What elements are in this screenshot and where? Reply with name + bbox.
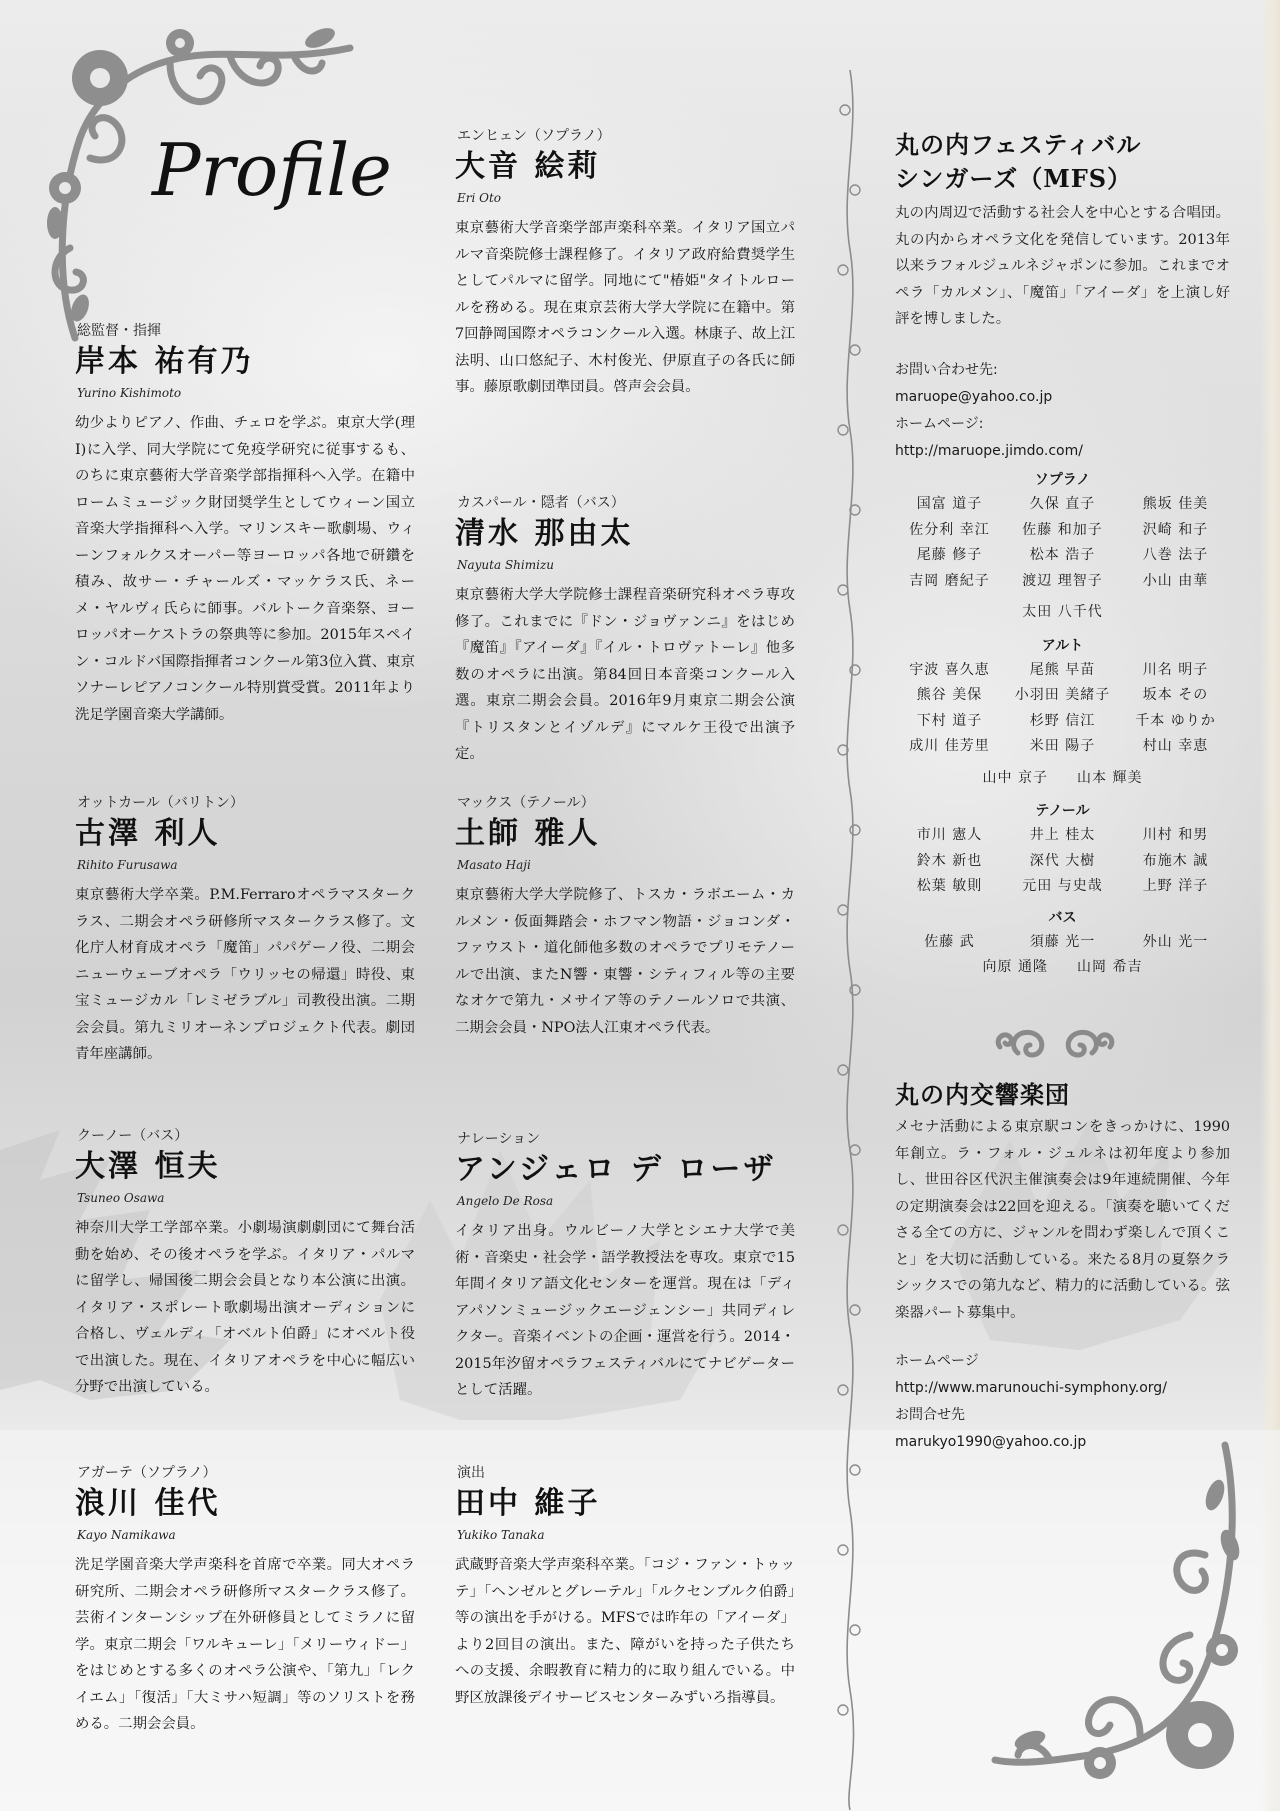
member-name: 向原 通隆 <box>983 955 1048 981</box>
part-alto: アルト 宇波 喜久恵 尾熊 早苗 川名 明子 熊谷 美保 小羽田 美緒子 坂本 … <box>895 634 1230 792</box>
mfs-description: 丸の内周辺で活動する社会人を中心とする合唱団。丸の内からオペラ文化を発信していま… <box>895 200 1230 333</box>
member-name: 太田 八千代 <box>1022 600 1102 626</box>
member-name: 佐藤 武 <box>895 930 1004 956</box>
performer-bio: 東京藝術大学大学院修士課程音楽研究科オペラ専攻修了。これまでに『ドン・ジョヴァン… <box>455 582 795 768</box>
mfs-contact-label: お問い合わせ先: <box>895 357 1230 384</box>
member-name: 国富 道子 <box>895 492 1004 518</box>
part-soprano: ソプラノ 国富 道子 久保 直子 熊坂 佳美 佐分利 幸江 佐藤 和加子 沢崎 … <box>895 468 1230 626</box>
performer-bio: 東京藝術大学音楽学部声楽科卒業。イタリア国立パルマ音楽院修士課程修了。イタリア政… <box>455 215 795 401</box>
mfs-title-line1: 丸の内フェスティバル <box>895 128 1230 162</box>
performer-romaji: Masato Haji <box>457 858 795 872</box>
orchestra-url-link[interactable]: http://www.marunouchi-symphony.org/ <box>895 1375 1230 1402</box>
member-name: 吉岡 磨紀子 <box>895 569 1004 595</box>
profile-namikawa: アガーテ（ソプラノ） 浪川 佳代 Kayo Namikawa 洗足学園音楽大学声… <box>75 1462 415 1738</box>
member-name: 小羽田 美緒子 <box>1008 683 1117 709</box>
profile-furusawa: オットカール（バリトン） 古澤 利人 Rihito Furusawa 東京藝術大… <box>75 792 415 1068</box>
mfs-title-line2: シンガーズ（MFS） <box>895 162 1230 196</box>
role-label: クーノー（バス） <box>77 1125 415 1145</box>
profile-de-rosa: ナレーション アンジェロ デ ローザ Angelo De Rosa イタリア出身… <box>455 1128 795 1404</box>
mfs-url-link[interactable]: http://maruope.jimdo.com/ <box>895 438 1230 465</box>
part-tenor: テノール 市川 憲人 井上 桂太 川村 和男 鈴木 新也 深代 大樹 布施木 誠… <box>895 799 1230 900</box>
performer-romaji: Angelo De Rosa <box>457 1194 795 1208</box>
role-label: オットカール（バリトン） <box>77 792 415 812</box>
vine-divider <box>835 70 865 1810</box>
role-label: 総監督・指揮 <box>77 320 415 340</box>
member-name: 川村 和男 <box>1121 823 1230 849</box>
performer-name: 田中 維子 <box>455 1486 795 1522</box>
member-name: 渡辺 理智子 <box>1008 569 1117 595</box>
profile-tanaka: 演出 田中 維子 Yukiko Tanaka 武蔵野音楽大学声楽科卒業。「コジ・… <box>455 1462 795 1711</box>
performer-romaji: Nayuta Shimizu <box>457 558 795 572</box>
member-name: 村山 幸恵 <box>1121 734 1230 760</box>
orchestra-title: 丸の内交響楽団 <box>895 1078 1230 1112</box>
member-name: 佐分利 幸江 <box>895 518 1004 544</box>
member-name: 布施木 誠 <box>1121 849 1230 875</box>
page-title: Profile <box>152 128 392 212</box>
part-title: アルト <box>895 634 1230 658</box>
floral-corner-ornament-bottom-right <box>990 1435 1260 1795</box>
member-name: 小山 由華 <box>1121 569 1230 595</box>
member-name: 熊谷 美保 <box>895 683 1004 709</box>
performer-romaji: Eri Oto <box>457 191 795 205</box>
mfs-email-link[interactable]: maruope@yahoo.co.jp <box>895 384 1230 411</box>
member-name: 千本 ゆりか <box>1121 709 1230 735</box>
role-label: エンヒェン（ソプラノ） <box>457 125 795 145</box>
member-name: 松葉 敏則 <box>895 874 1004 900</box>
performer-romaji: Rihito Furusawa <box>77 858 415 872</box>
orchestra-homepage-label: ホームページ <box>895 1348 1230 1375</box>
member-name: 宇波 喜久恵 <box>895 658 1004 684</box>
profile-osawa: クーノー（バス） 大澤 恒夫 Tsuneo Osawa 神奈川大学工学部卒業。小… <box>75 1125 415 1401</box>
member-name: 尾藤 修子 <box>895 543 1004 569</box>
role-label: ナレーション <box>457 1128 795 1148</box>
role-label: 演出 <box>457 1462 795 1482</box>
performer-bio: 武蔵野音楽大学声楽科卒業。「コジ・ファン・トゥッテ」「ヘンゼルとグレーテル」「ル… <box>455 1552 795 1711</box>
performer-bio: 東京藝術大学大学院修了、トスカ・ラボエーム・カルメン・仮面舞踏会・ホフマン物語・… <box>455 882 795 1041</box>
member-name: 山本 輝美 <box>1077 766 1142 792</box>
profile-oto: エンヒェン（ソプラノ） 大音 絵莉 Eri Oto 東京藝術大学音楽学部声楽科卒… <box>455 125 795 401</box>
page-edge <box>1260 0 1280 1811</box>
mfs-section: 丸の内フェスティバル シンガーズ（MFS） 丸の内周辺で活動する社会人を中心とす… <box>895 128 1230 465</box>
member-name: 外山 光一 <box>1121 930 1230 956</box>
performer-name: 古澤 利人 <box>75 816 415 852</box>
performer-bio: 神奈川大学工学部卒業。小劇場演劇劇団にて舞台活動を始め、その後オペラを学ぶ。イタ… <box>75 1215 415 1401</box>
part-title: バス <box>895 906 1230 930</box>
orchestra-contact-label: お問合せ先 <box>895 1402 1230 1429</box>
mfs-homepage-label: ホームページ: <box>895 411 1230 438</box>
part-title: テノール <box>895 799 1230 823</box>
performer-name: 岸本 祐有乃 <box>75 344 415 380</box>
profile-kishimoto: 総監督・指揮 岸本 祐有乃 Yurino Kishimoto 幼少よりピアノ、作… <box>75 320 415 728</box>
member-name: 松本 浩子 <box>1008 543 1117 569</box>
swirl-ornament <box>990 1025 1120 1065</box>
profile-haji: マックス（テノール） 土師 雅人 Masato Haji 東京藝術大学大学院修了… <box>455 792 795 1041</box>
performer-romaji: Yurino Kishimoto <box>77 386 415 400</box>
performer-bio: 洗足学園音楽大学声楽科を首席で卒業。同大オペラ研究所、二期会オペラ研修所マスター… <box>75 1552 415 1738</box>
member-name: 尾熊 早苗 <box>1008 658 1117 684</box>
member-name: 熊坂 佳美 <box>1121 492 1230 518</box>
performer-bio: 東京藝術大学卒業。P.M.Ferraroオペラマスタークラス、二期会オペラ研修所… <box>75 882 415 1068</box>
member-name: 井上 桂太 <box>1008 823 1117 849</box>
member-name: 沢崎 和子 <box>1121 518 1230 544</box>
part-bass: バス 佐藤 武 須藤 光一 外山 光一 向原 通隆 山岡 希吉 <box>895 906 1230 981</box>
performer-name: 浪川 佳代 <box>75 1486 415 1522</box>
member-name: 元田 与史哉 <box>1008 874 1117 900</box>
orchestra-section: 丸の内交響楽団 メセナ活動による東京駅コンをきっかけに、1990年創立。ラ・フォ… <box>895 1078 1230 1456</box>
member-name: 山岡 希吉 <box>1077 955 1142 981</box>
performer-bio: 幼少よりピアノ、作曲、チェロを学ぶ。東京大学(理I)に入学、同大学院にて免疫学研… <box>75 410 415 728</box>
member-name: 坂本 その <box>1121 683 1230 709</box>
performer-romaji: Yukiko Tanaka <box>457 1528 795 1542</box>
performer-romaji: Tsuneo Osawa <box>77 1191 415 1205</box>
performer-name: アンジェロ デ ローザ <box>455 1152 795 1188</box>
performer-romaji: Kayo Namikawa <box>77 1528 415 1542</box>
choir-member-list: ソプラノ 国富 道子 久保 直子 熊坂 佳美 佐分利 幸江 佐藤 和加子 沢崎 … <box>895 468 1230 989</box>
performer-name: 土師 雅人 <box>455 816 795 852</box>
member-name: 鈴木 新也 <box>895 849 1004 875</box>
member-name: 下村 道子 <box>895 709 1004 735</box>
performer-name: 大澤 恒夫 <box>75 1149 415 1185</box>
member-name: 米田 陽子 <box>1008 734 1117 760</box>
member-name: 佐藤 和加子 <box>1008 518 1117 544</box>
performer-name: 大音 絵莉 <box>455 149 795 185</box>
orchestra-description: メセナ活動による東京駅コンをきっかけに、1990年創立。ラ・フォル・ジュルネは初… <box>895 1114 1230 1326</box>
performer-name: 清水 那由太 <box>455 516 795 552</box>
member-name: 市川 憲人 <box>895 823 1004 849</box>
member-name: 上野 洋子 <box>1121 874 1230 900</box>
profile-shimizu: カスパール・隠者（バス） 清水 那由太 Nayuta Shimizu 東京藝術大… <box>455 492 795 768</box>
performer-bio: イタリア出身。ウルビーノ大学とシエナ大学で美術・音楽史・社会学・語学教授法を専攻… <box>455 1218 795 1404</box>
member-name: 久保 直子 <box>1008 492 1117 518</box>
member-name: 八巻 法子 <box>1121 543 1230 569</box>
member-name: 杉野 信江 <box>1008 709 1117 735</box>
part-title: ソプラノ <box>895 468 1230 492</box>
role-label: マックス（テノール） <box>457 792 795 812</box>
member-name: 深代 大樹 <box>1008 849 1117 875</box>
member-name: 成川 佳芳里 <box>895 734 1004 760</box>
role-label: アガーテ（ソプラノ） <box>77 1462 415 1482</box>
role-label: カスパール・隠者（バス） <box>457 492 795 512</box>
member-name: 川名 明子 <box>1121 658 1230 684</box>
member-name: 須藤 光一 <box>1008 930 1117 956</box>
member-name: 山中 京子 <box>983 766 1048 792</box>
